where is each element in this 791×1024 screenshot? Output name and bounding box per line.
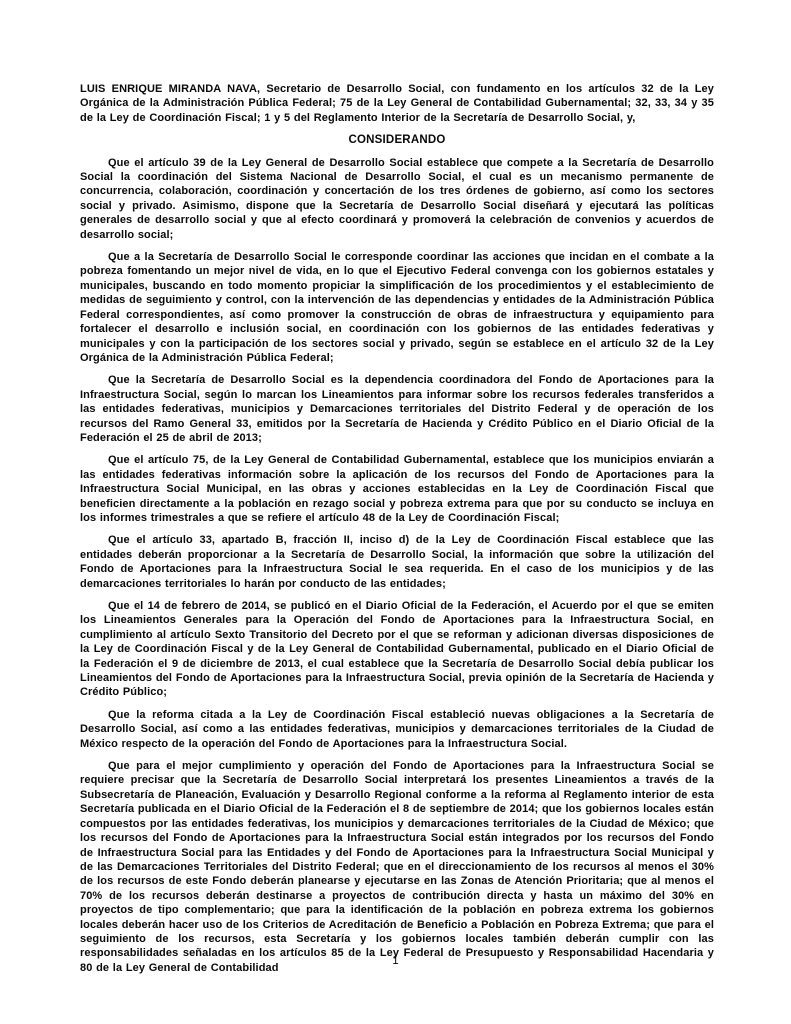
considerando-paragraph-7: Que la reforma citada a la Ley de Coordi… [80,708,714,751]
considerando-paragraph-8: Que para el mejor cumplimiento y operaci… [80,759,714,975]
document-page: LUIS ENRIQUE MIRANDA NAVA, Secretario de… [0,0,791,1024]
considerando-paragraph-4: Que el artículo 75, de la Ley General de… [80,453,714,525]
considerando-paragraph-5: Que el artículo 33, apartado B, fracción… [80,533,714,591]
considerando-paragraph-2: Que a la Secretaría de Desarrollo Social… [80,250,714,365]
considerando-paragraph-1: Que el artículo 39 de la Ley General de … [80,156,714,242]
document-body: LUIS ENRIQUE MIRANDA NAVA, Secretario de… [80,82,714,983]
page-number: 1 [0,955,791,967]
preamble-paragraph: LUIS ENRIQUE MIRANDA NAVA, Secretario de… [80,82,714,125]
considerando-paragraph-6: Que el 14 de febrero de 2014, se publicó… [80,599,714,700]
considerando-paragraph-3: Que la Secretaría de Desarrollo Social e… [80,373,714,445]
considerando-heading: CONSIDERANDO [80,133,714,147]
